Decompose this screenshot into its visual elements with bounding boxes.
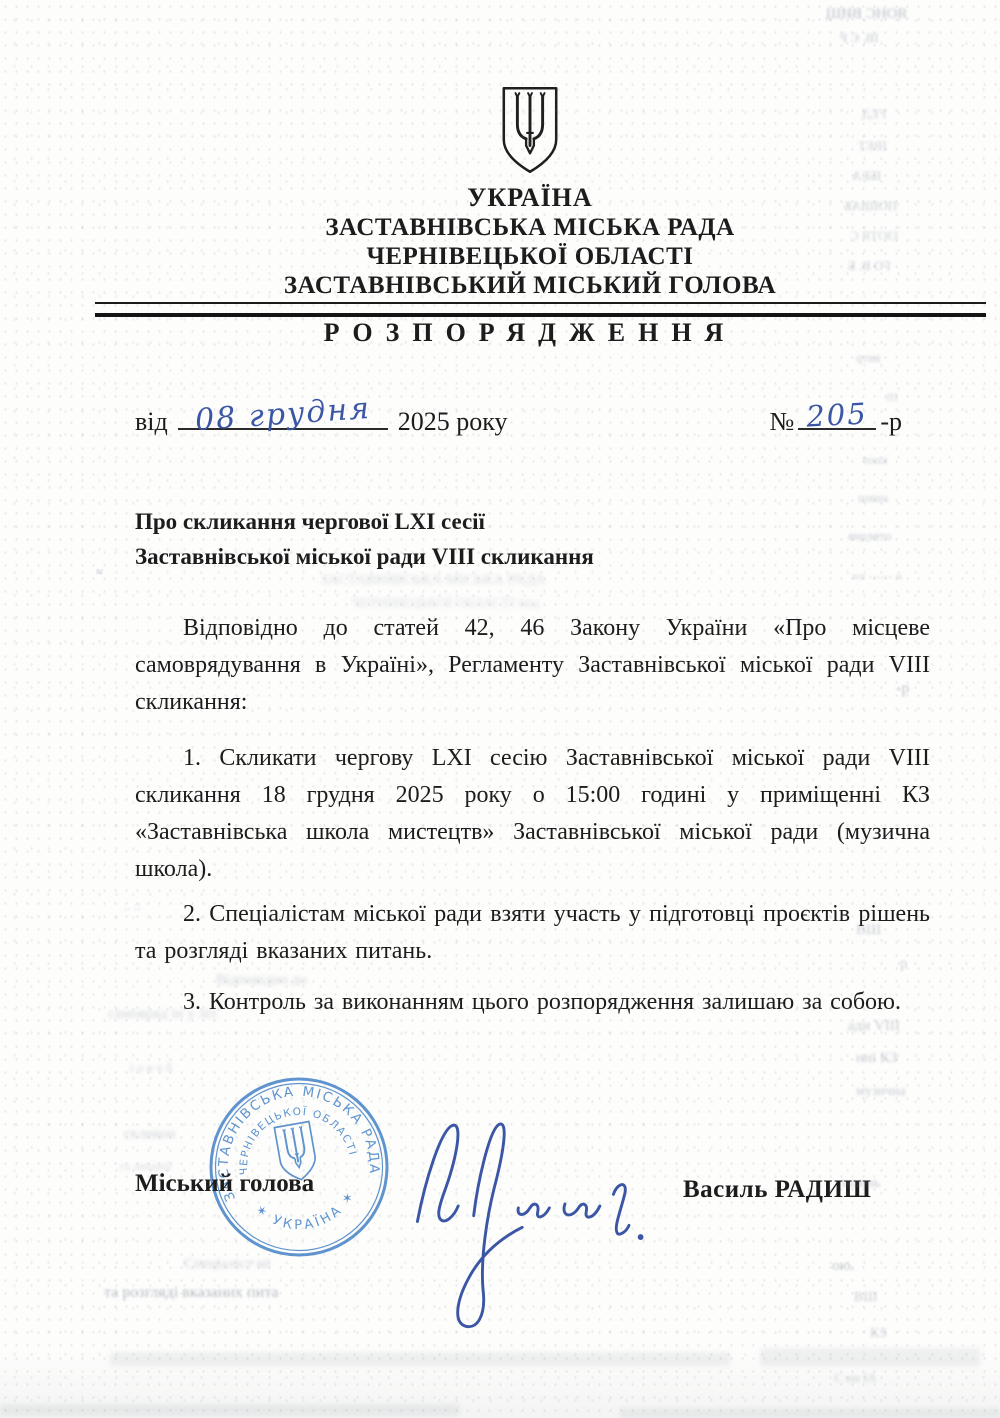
bleedthrough-text: і о в ч б: [130, 1060, 172, 1076]
bleedthrough-text: музична: [856, 1084, 906, 1100]
bleedthrough-text: ІВ. Є Р: [840, 30, 879, 46]
position-title: Міський голова: [135, 1170, 314, 1198]
handwritten-date: 08 грудня: [177, 390, 389, 440]
subject-line-1: Про скликання чергової LXI сесії: [135, 504, 735, 539]
scan-streak: [620, 1408, 1000, 1418]
body-paragraph-preamble: Відповідно до статей 42, 46 Закону Украї…: [135, 610, 930, 721]
scan-edge-shadow: [0, 1348, 1000, 1418]
bleedthrough-text: нивш: [858, 490, 888, 506]
bleedthrough-text: ≈: [96, 564, 103, 580]
subject-block: Про скликання чергової LXI сесії Заставн…: [135, 504, 735, 574]
body-paragraph-item1: 1. Скликати чергову LXI сесію Заставнівс…: [135, 740, 930, 888]
bleedthrough-text: ЯОНС ВИЩ: [826, 6, 907, 23]
doc-type-title: РОЗПОРЯДЖЕННЯ: [100, 318, 960, 348]
signer-name: Василь РАДИШ: [683, 1176, 871, 1204]
official-round-stamp: ЗАСТАВНІВСЬКА МІСЬКА РАДА ЧЕРНІВЕЦЬКОЇ О…: [204, 1072, 394, 1262]
body-paragraph-item2: 2. Спеціалістам міської ради взяти участ…: [135, 896, 930, 970]
bleedthrough-text: ЗАСТАВНІВСЬКА МІСЬКА РАДА: [320, 572, 546, 589]
scan-streak: [110, 1352, 730, 1366]
ukraine-trident-icon: [497, 85, 563, 175]
date-blank-line: 08 грудня: [178, 398, 388, 430]
scan-streak: [760, 1348, 980, 1366]
bleedthrough-text: С ни ІА: [834, 1370, 877, 1386]
org-name-line2: ЧЕРНІВЕЦЬКОЇ ОБЛАСТІ: [100, 242, 960, 271]
signature-ink: [398, 1102, 660, 1342]
bleedthrough-text: скликон: [124, 1126, 176, 1143]
scanned-document-page: УКРАЇНА ЗАСТАВНІВСЬКА МІСЬКА РАДА ЧЕРНІВ…: [0, 0, 1000, 1418]
org-name-line1: ЗАСТАВНІВСЬКА МІСЬКА РАДА: [100, 213, 960, 242]
bleedthrough-text: КЗ: [870, 1326, 886, 1342]
doc-number-label: №: [770, 407, 795, 437]
bleedthrough-text: нні КЗ: [856, 1050, 898, 1067]
bleedthrough-text: та розгляді вказаних пита: [104, 1284, 278, 1302]
bleedthrough-text: кнот: [862, 452, 887, 468]
header-divider: [95, 302, 986, 317]
date-year: 2025 року: [398, 407, 508, 437]
scan-streak: [0, 1404, 460, 1416]
body-paragraph-item3: 3. Контроль за виконанням цього розпоряд…: [135, 984, 930, 1021]
number-blank-line: 205: [798, 398, 876, 430]
bleedthrough-text: ≡≡ ⋯⋯ ≡: [852, 570, 902, 585]
bleedthrough-text: ввтр: [856, 350, 880, 366]
bleedthrough-text: отведив: [848, 528, 891, 544]
country-name: УКРАЇНА: [100, 183, 960, 213]
subject-line-2: Заставнівської міської ради VIII скликан…: [135, 539, 735, 574]
doc-number-suffix: -р: [880, 407, 902, 437]
bleedthrough-text: ВШ: [854, 1290, 877, 1306]
date-prefix: від: [135, 407, 168, 437]
org-name-line3: ЗАСТАВНІВСЬКИЙ МІСЬКИЙ ГОЛОВА: [100, 271, 960, 300]
bleedthrough-text: ою.: [832, 1258, 854, 1275]
date-line: від 08 грудня 2025 року № 205 -р: [135, 398, 930, 444]
document-header: УКРАЇНА ЗАСТАВНІВСЬКА МІСЬКА РАДА ЧЕРНІВ…: [100, 85, 960, 300]
handwritten-number: 205: [797, 396, 877, 434]
